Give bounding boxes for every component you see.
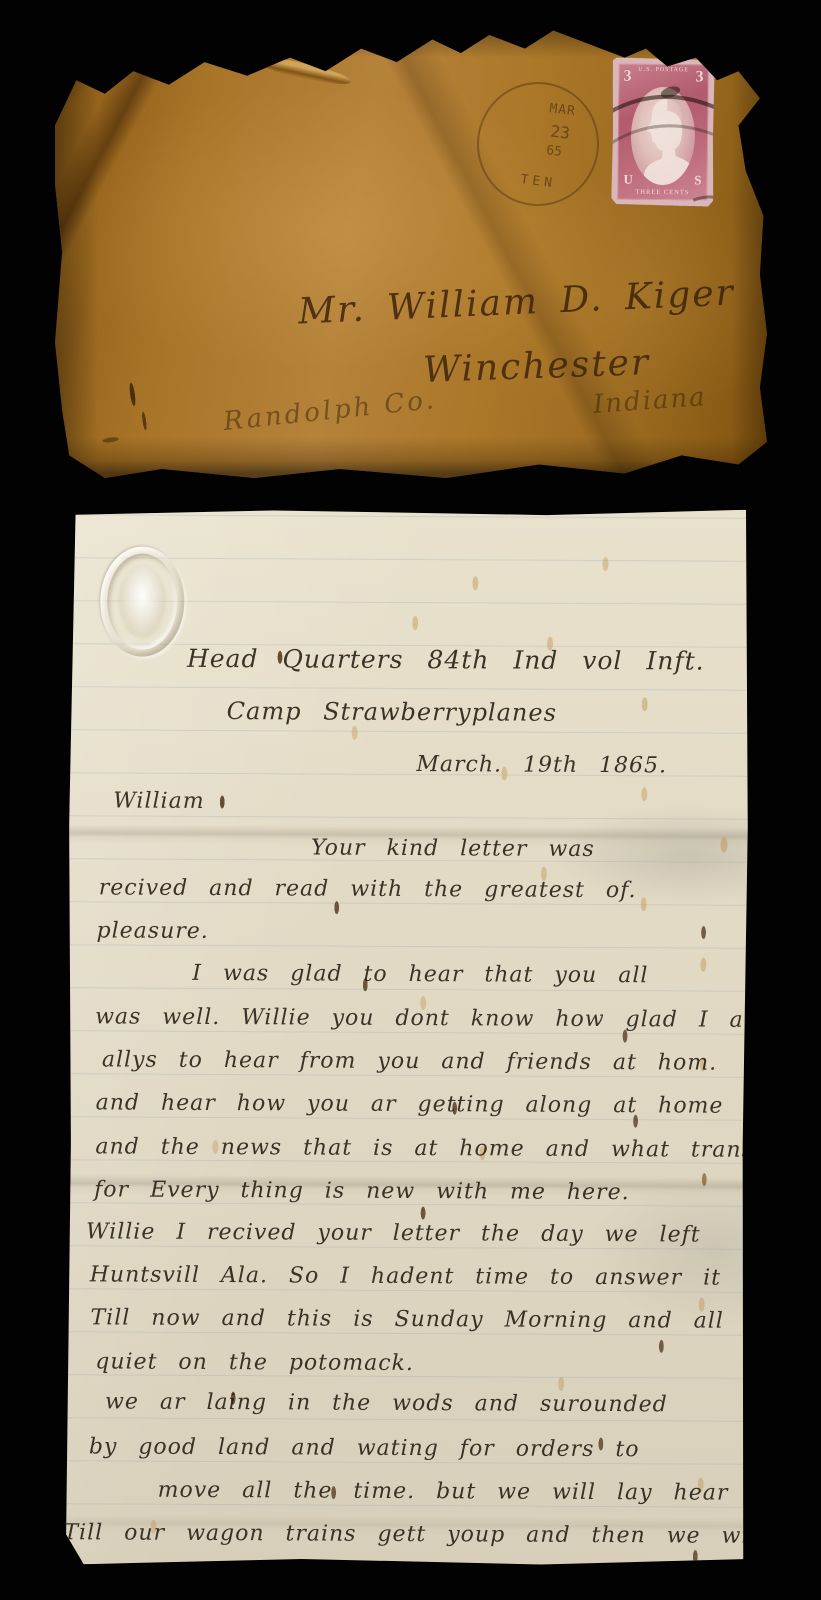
- postmark-day: 23: [550, 122, 571, 143]
- postmark-year: 65: [545, 143, 562, 160]
- letter-line: Till now and this is Sunday Morning and …: [90, 1305, 723, 1333]
- letter-line: by good land and wating for orders to: [89, 1434, 640, 1462]
- letter-line: for Every thing is new with me here.: [94, 1177, 630, 1205]
- letter-line: Willie I recived your letter the day we …: [86, 1219, 701, 1247]
- postmark: MAR 23 65 TEN: [470, 75, 606, 213]
- address-state: Indiana: [592, 382, 708, 420]
- letter-salutation: William: [113, 788, 204, 813]
- letter-line: recived and read with the greatest of.: [99, 875, 637, 903]
- address-county: Randolph Co.: [222, 385, 438, 437]
- postmark-month: MAR: [548, 101, 576, 119]
- letter-line: quiet on the potomack.: [95, 1349, 414, 1376]
- stamp-frame: U.S. POSTAGE 3 3 U S THREE CENTS: [617, 64, 708, 201]
- letter-line: move all the time. but we will lay hear: [158, 1478, 729, 1506]
- letter-line: and the news that is at home and what tr…: [95, 1134, 815, 1163]
- envelope: MAR 23 65 TEN U.S. POSTAGE 3 3 U S THREE…: [55, 26, 767, 478]
- letter-heading-line1: Head Quarters 84th Ind vol Inft.: [187, 644, 705, 676]
- letter-line: and hear how you ar getting along at hom…: [96, 1090, 724, 1118]
- letter-line: allys to hear from you and friends at ho…: [102, 1047, 717, 1075]
- postage-stamp: U.S. POSTAGE 3 3 U S THREE CENTS: [611, 57, 715, 206]
- letter-line: Till our wagon trains gett youp and then…: [63, 1520, 765, 1549]
- letter-line: we ar laing in the wods and surounded: [105, 1389, 668, 1417]
- letter-line: Your kind letter was: [311, 835, 595, 861]
- address-city: Winchester: [422, 342, 650, 391]
- embossed-eagle-seal: [100, 546, 185, 656]
- letter-page: Head Quarters 84th Ind vol Inft. Camp St…: [63, 506, 751, 1570]
- letter-heading-line2: Camp Strawberryplanes: [227, 697, 557, 727]
- washington-portrait: [630, 87, 695, 186]
- stamp-denomination-right: 3: [695, 68, 703, 86]
- stamp-denomination-left: 3: [623, 68, 631, 86]
- letter-line: I was glad to hear that you all: [192, 961, 648, 988]
- stamp-letter-s: S: [694, 172, 701, 188]
- ink-smudge: [73, 372, 172, 454]
- postmark-state: TEN: [520, 172, 557, 191]
- letter-line: pleasure.: [96, 918, 208, 944]
- letter-line: was well. Willie you dont know how glad …: [95, 1004, 766, 1033]
- letter-line: Huntsvill Ala. So I hadent time to answe…: [90, 1262, 721, 1290]
- stamp-letter-u: U: [623, 172, 633, 188]
- stamp-portrait-oval: [630, 87, 695, 186]
- letter-date: March. 19th 1865.: [416, 752, 667, 778]
- address-recipient: Mr. William D. Kiger: [297, 272, 735, 332]
- torn-flap: [259, 55, 352, 89]
- photo-canvas: MAR 23 65 TEN U.S. POSTAGE 3 3 U S THREE…: [0, 0, 821, 1600]
- stamp-bottom-text: THREE CENTS: [617, 189, 707, 197]
